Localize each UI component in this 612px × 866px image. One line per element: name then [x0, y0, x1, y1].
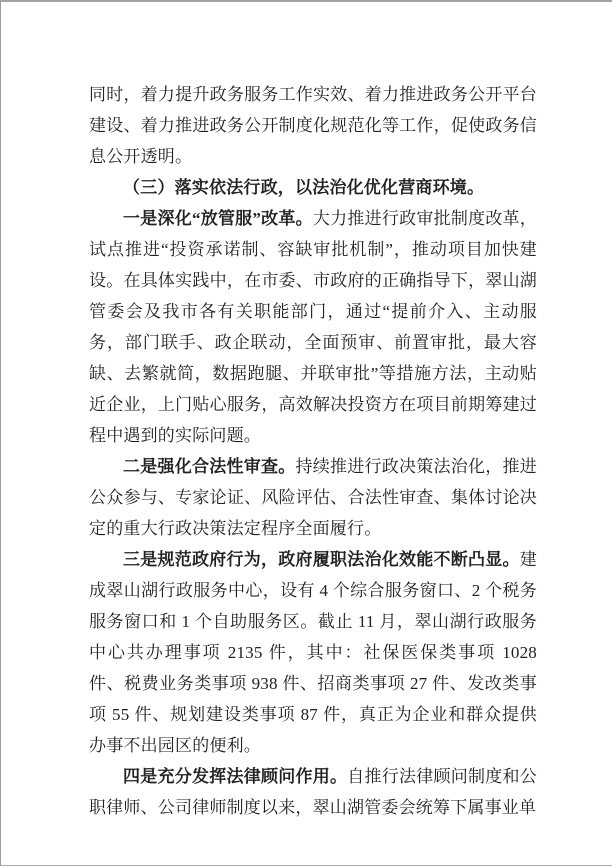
section-heading-three: （三）落实依法行政，以法治化优化营商环境。	[89, 172, 537, 203]
bold-text-run: 三是规范政府行为，政府履职法治化效能不断凸显。	[123, 550, 520, 569]
document-page: 同时，着力提升政务服务工作实效、着力推进政务公开平台建设、着力推进政务公开制度化…	[0, 0, 612, 866]
text-run: 同时，着力提升政务服务工作实效、着力推进政务公开平台建设、着力推进政务公开制度化…	[89, 85, 537, 166]
point-four-paragraph: 四是充分发挥法律顾问作用。自推行法律顾问制度和公职律师、公司律师制度以来，翠山湖…	[89, 761, 537, 823]
text-run: 建成翠山湖行政服务中心，设有 4 个综合服务窗口、2 个税务服务窗口和 1 个自…	[89, 550, 537, 755]
bold-text-run: 一是深化“放管服”改革。	[123, 209, 313, 228]
text-run: 大力推进行政审批制度改革，试点推进“投资承诺制、容缺审批机制”，推动项目加快建设…	[89, 209, 537, 445]
point-three-paragraph: 三是规范政府行为，政府履职法治化效能不断凸显。建成翠山湖行政服务中心，设有 4 …	[89, 544, 537, 761]
bold-text-run: （三）落实依法行政，以法治化优化营商环境。	[123, 178, 484, 197]
bold-text-run: 二是强化合法性审查。	[123, 457, 296, 476]
continuation-paragraph: 同时，着力提升政务服务工作实效、着力推进政务公开平台建设、着力推进政务公开制度化…	[89, 79, 537, 172]
bold-text-run: 四是充分发挥法律顾问作用。	[123, 767, 347, 786]
point-two-paragraph: 二是强化合法性审查。持续推进行政决策法治化，推进公众参与、专家论证、风险评估、合…	[89, 451, 537, 544]
point-one-paragraph: 一是深化“放管服”改革。大力推进行政审批制度改革，试点推进“投资承诺制、容缺审批…	[89, 203, 537, 451]
document-body: 同时，着力提升政务服务工作实效、着力推进政务公开平台建设、着力推进政务公开制度化…	[89, 79, 537, 823]
